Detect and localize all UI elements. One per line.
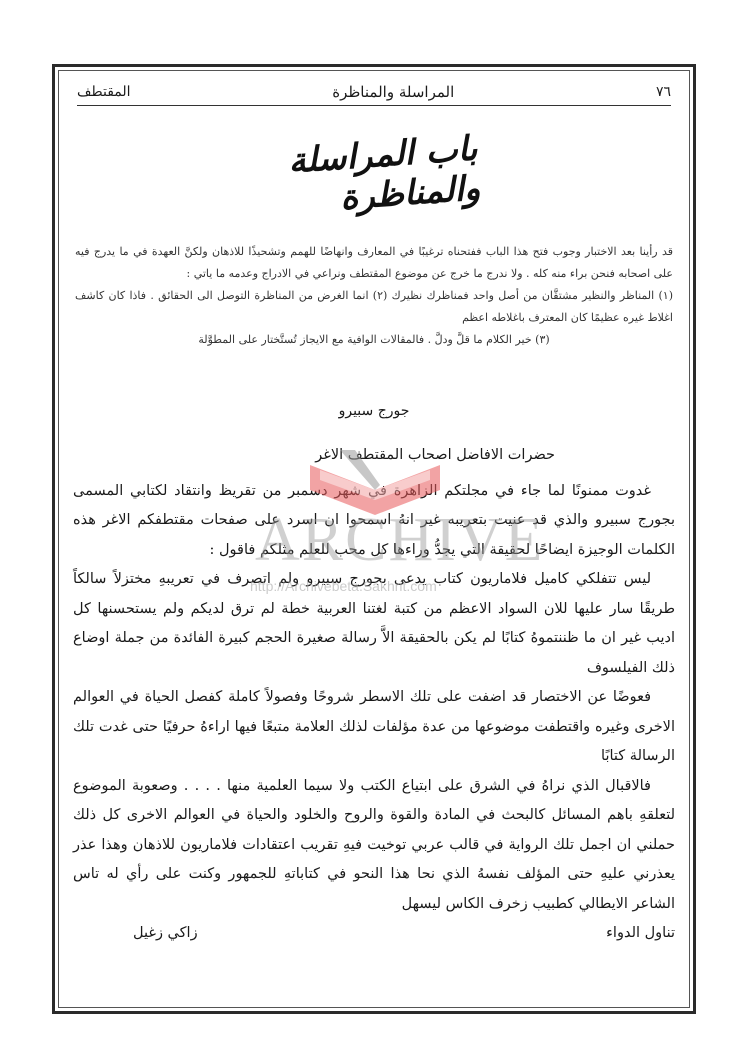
journal-name: المقتطف	[77, 84, 131, 100]
author-signature: زاكي زغيل	[73, 919, 198, 949]
article-title: جورج سبيرو	[59, 403, 689, 419]
section-title: المراسلة والمناظرة	[131, 83, 656, 101]
closing-line: تناول الدواء	[606, 919, 675, 949]
running-head: ٧٦ المراسلة والمناظرة المقتطف	[77, 79, 671, 106]
intro-line: (١) المناظر والنظير مشتقَّان من أصل واحد…	[75, 285, 673, 329]
watermark-url: http://Archivebeta.Sakhrit.com	[250, 578, 437, 594]
watermark-word: ARCHIVE	[255, 505, 545, 576]
page-number: ٧٦	[656, 84, 671, 100]
editorial-intro: قد رأينا بعد الاختبار وجوب فتح هذا الباب…	[75, 241, 673, 351]
intro-line: قد رأينا بعد الاختبار وجوب فتح هذا الباب…	[75, 241, 673, 285]
paragraph: فالاقبال الذي نراهُ في الشرق على ابتياع …	[73, 772, 675, 920]
paragraph: فعوضًا عن الاختصار قد اضفت على تلك الاسط…	[73, 683, 675, 772]
section-heading-calligraphy: باب المراسلة والمناظرة	[256, 123, 482, 228]
intro-line: (٣) خير الكلام ما قلَّ ودلَّ . فالمقالات…	[75, 329, 673, 351]
closing-row: تناول الدواء زاكي زغيل	[73, 919, 675, 949]
